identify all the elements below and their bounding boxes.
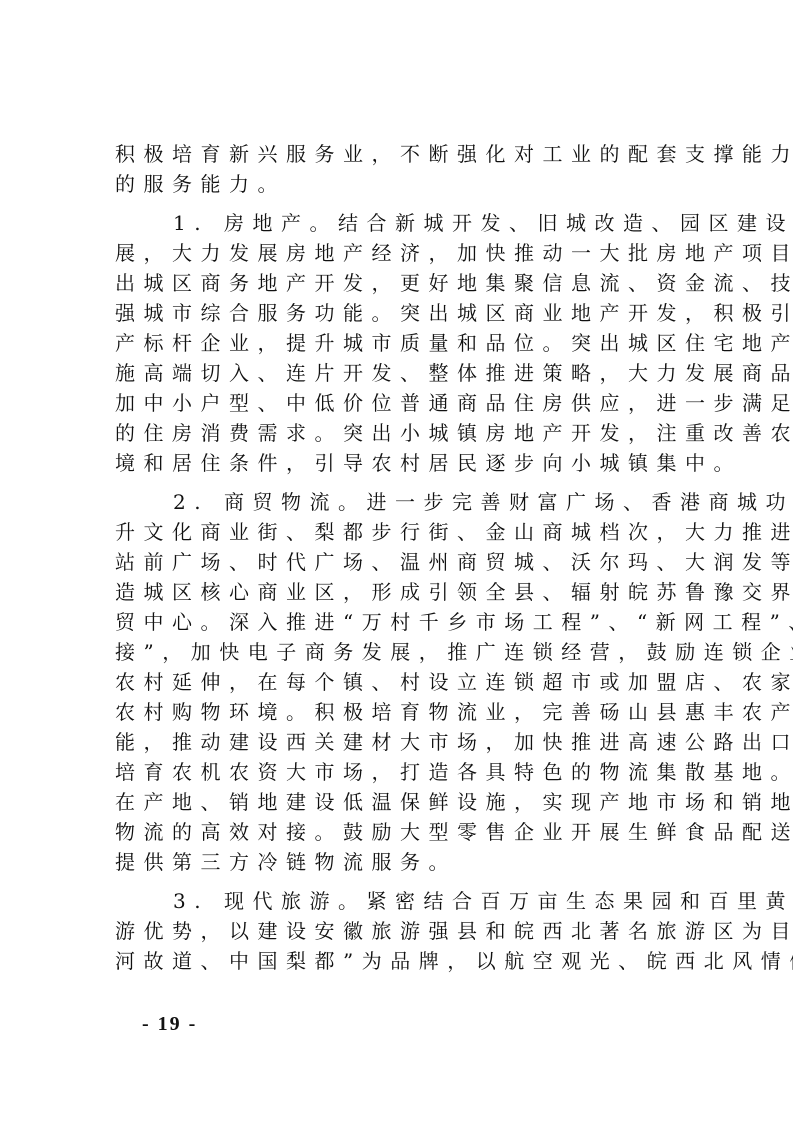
paragraph-commerce-line: 升文化商业街、梨都步行街、金山商城档次，大力推进高铁新区	[115, 517, 695, 547]
paragraph-commerce-line: 在产地、销地建设低温保鲜设施，实现产地市场和销地市场冷链	[115, 787, 695, 817]
paragraph-real-estate-line: 境和居住条件，引导农村居民逐步向小城镇集中。	[115, 448, 695, 478]
paragraph-tourism-line: 游优势，以建设安徽旅游强县和皖西北著名旅游区为目标，以“黄	[115, 916, 695, 946]
paragraph-real-estate-line: 展，大力发展房地产经济，加快推动一大批房地产项目建设。突	[115, 238, 695, 268]
paragraph-real-estate-line: 强城市综合服务功能。突出城区商业地产开发，积极引入商业地	[115, 298, 695, 328]
document-page: 积极培育新兴服务业，不断强化对工业的配套支撑能力和对城乡 的服务能力。 1. 房…	[0, 0, 793, 1122]
paragraph-commerce-line: 贸中心。深入推进“万村千乡市场工程”、“新网工程”、“农超对	[115, 607, 695, 637]
section-commerce-logistics-heading-line: 2. 商贸物流。进一步完善财富广场、香港商城功能，改造提	[173, 487, 695, 517]
paragraph-real-estate-line: 出城区商务地产开发，更好地集聚信息流、资金流、技术流，增	[115, 268, 695, 298]
paragraph-real-estate-line: 施高端切入、连片开发、整体推进策略，大力发展商品住宅，增	[115, 358, 695, 388]
paragraph-commerce-line: 造城区核心商业区，形成引领全县、辐射皖苏鲁豫交界区域的商	[115, 577, 695, 607]
page-number: - 19 -	[142, 1013, 197, 1036]
paragraph-commerce-line: 物流的高效对接。鼓励大型零售企业开展生鲜食品配送中心建设，	[115, 817, 695, 847]
paragraph-tourism-line: 河故道、中国梨都”为品牌，以航空观光、皖西北风情体验、休	[115, 946, 695, 976]
section-real-estate-heading-line: 1. 房地产。结合新城开发、旧城改造、园区建设、小城镇发	[173, 208, 695, 238]
paragraph-commerce-line: 农村购物环境。积极培育物流业，完善砀山县惠丰农产品中心功	[115, 697, 695, 727]
paragraph-real-estate-line: 产标杆企业，提升城市质量和品位。突出城区住宅地产开发，实	[115, 328, 695, 358]
paragraph-commerce-line: 农村延伸，在每个镇、村设立连锁超市或加盟店、农家店，改善	[115, 667, 695, 697]
paragraph-commerce-line: 能，推动建设西关建材大市场，加快推进高速公路出口物流园区，	[115, 727, 695, 757]
paragraph-intro-line: 的服务能力。	[115, 169, 695, 199]
paragraph-commerce-line: 提供第三方冷链物流服务。	[115, 847, 695, 877]
section-modern-tourism-heading-line: 3. 现代旅游。紧密结合百万亩生态果园和百里黄河故道的旅	[173, 886, 695, 916]
paragraph-real-estate-line: 加中小户型、中低价位普通商品住房供应，进一步满足广大群众	[115, 388, 695, 418]
paragraph-commerce-line: 站前广场、时代广场、温州商贸城、沃尔玛、大润发等建设，打	[115, 547, 695, 577]
paragraph-commerce-line: 接”，加快电子商务发展，推广连锁经营，鼓励连锁企业向社区、	[115, 637, 695, 667]
paragraph-commerce-line: 培育农机农资大市场，打造各具特色的物流集散基地。鼓励企业	[115, 757, 695, 787]
paragraph-real-estate-line: 的住房消费需求。突出小城镇房地产开发，注重改善农村居住环	[115, 418, 695, 448]
paragraph-intro-line: 积极培育新兴服务业，不断强化对工业的配套支撑能力和对城乡	[115, 139, 695, 169]
